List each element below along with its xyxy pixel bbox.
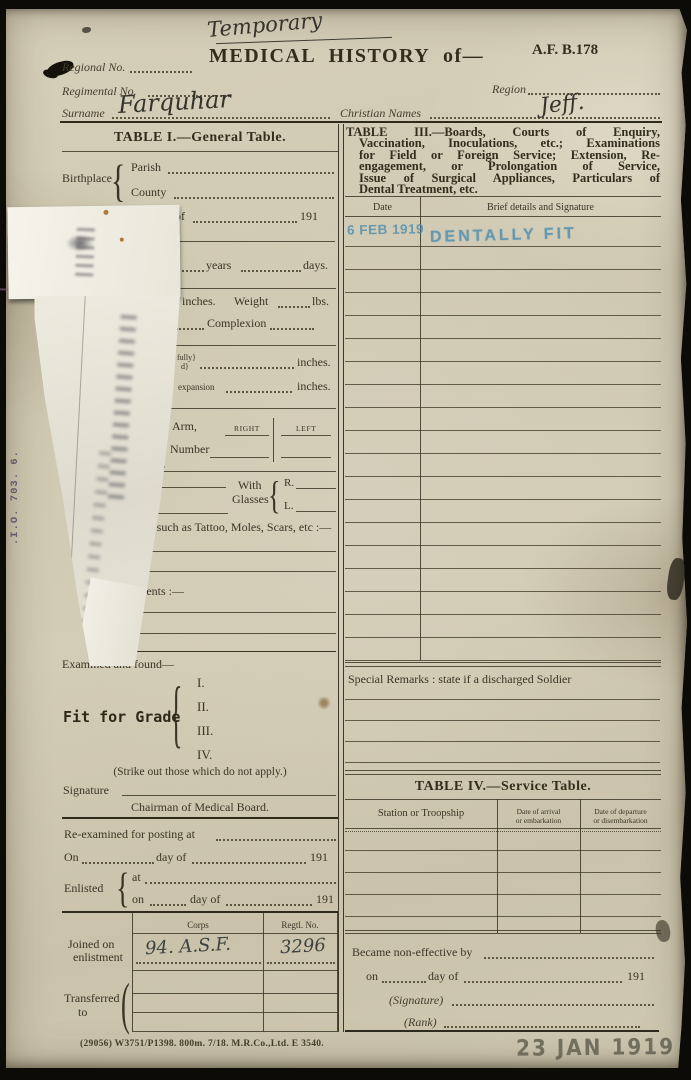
enlisted-on-label: on: [132, 893, 144, 906]
rank-label: (Rank): [404, 1015, 437, 1030]
rule-line: [167, 408, 336, 409]
signature-label: Signature: [63, 784, 109, 797]
transferred-to-label: to: [78, 1006, 87, 1019]
dotted-leader: [178, 270, 204, 272]
surname-label: Surname: [62, 106, 105, 121]
girth-inches-label: inches.: [297, 356, 331, 369]
table3-row-lines: [345, 224, 661, 662]
dotted-leader: [200, 367, 294, 369]
table-row-lines: [133, 975, 337, 1032]
enlisted-brace: {: [116, 866, 129, 914]
days-label: days.: [303, 259, 328, 272]
rule-line: [174, 345, 336, 346]
rule-line: [345, 930, 661, 931]
grade-option: III.: [197, 724, 213, 737]
glasses-l-label: L.: [284, 500, 293, 513]
section-rule: [62, 911, 338, 913]
inches-label: inches.: [182, 295, 216, 308]
region-label: Region: [492, 82, 526, 97]
rule-line: [62, 151, 338, 152]
glasses-r-label: R.: [284, 477, 294, 490]
dotted-leader: [484, 957, 654, 959]
joined-corps-value: 94. A.S.F.: [145, 934, 232, 959]
reexamined-label: Re-examined for posting at: [64, 828, 195, 841]
strike-out-note: (Strike out those which do not apply.): [62, 766, 338, 779]
christian-names-label: Christian Names: [340, 106, 421, 121]
county-label: County: [131, 186, 166, 199]
dotted-leader: [145, 882, 336, 884]
dotted-leader: [464, 981, 622, 983]
day-of-label: day of: [428, 970, 458, 983]
date-col-header: Date: [345, 201, 420, 214]
attached-paper-slip-top: [7, 205, 180, 299]
rule-line: [133, 970, 337, 971]
table1-title: TABLE I.—General Table.: [62, 130, 338, 146]
signature-label: (Signature): [389, 993, 443, 1008]
rule-line: [345, 666, 661, 667]
rule-line: [158, 471, 336, 472]
year-first: 191: [300, 210, 318, 223]
dotted-leader: [193, 221, 297, 223]
printer-imprint: (29056) W3751/P1398. 800m. 7/18. M.R.Co.…: [80, 1039, 324, 1049]
rust-speck: [120, 238, 124, 242]
dotted-leader: [216, 839, 336, 841]
dotted-leader: [278, 306, 310, 308]
departure-col-header: or disembarkation: [580, 814, 661, 827]
rule-line: [281, 457, 331, 458]
dotted-leader: [267, 962, 335, 964]
weight-label: Weight: [234, 295, 268, 308]
rule-line: [345, 799, 661, 800]
parish-label: Parish: [131, 161, 161, 174]
girth-fragment: d}: [181, 362, 189, 371]
enlisted-at-label: at: [132, 871, 141, 884]
rule-line: [133, 551, 336, 552]
dotted-leader: [226, 904, 312, 906]
day-of-label: day of: [156, 851, 186, 864]
rule-line: [345, 196, 661, 197]
rule-line: [345, 216, 661, 217]
rule-line: [128, 612, 336, 613]
joined-regtl-value: 3296: [279, 935, 326, 958]
ink-smudge: [66, 234, 94, 252]
table4-column-line: [580, 799, 581, 933]
glasses-brace: {: [268, 474, 280, 519]
years-label: years: [206, 259, 231, 272]
transferred-paren: (: [121, 972, 130, 1038]
page-title: MEDICAL HISTORY of—: [209, 45, 484, 68]
rule-line: [225, 435, 269, 436]
with-label: With: [238, 479, 262, 492]
transferred-to-label: Transferred: [64, 992, 120, 1005]
rule-line: [126, 633, 336, 634]
birthplace-label: Birthplace: [62, 172, 112, 185]
fit-for-grade-label: Fit for Grade: [63, 708, 180, 726]
dotted-leader: [176, 328, 204, 330]
regional-no-label: Regional No.: [62, 60, 125, 75]
rule-line: [345, 662, 661, 663]
rule-line: [281, 435, 331, 436]
grade-option: IV.: [197, 748, 212, 761]
scanned-medical-history-form: Temporary MEDICAL HISTORY of— A.F. B.178…: [0, 0, 691, 1080]
dotted-leader: [130, 71, 192, 73]
surname-value: Farquhar: [117, 85, 231, 119]
year-reexamined: 191: [310, 851, 328, 864]
dotted-leader: [382, 981, 426, 983]
girth-fragment: fully}: [177, 353, 196, 362]
rule-line: [345, 770, 661, 771]
typed-reference-stamp: .I.O. 703. 6.: [9, 415, 25, 545]
rule-line: [177, 288, 336, 289]
birthplace-brace: {: [111, 157, 125, 208]
year-enlisted: 191: [316, 893, 334, 906]
rule-line: [150, 513, 228, 514]
joined-on-label: enlistment: [73, 951, 123, 964]
lbs-label: lbs.: [312, 295, 329, 308]
noneffective-label: Became non-effective by: [352, 946, 472, 959]
rule-line: [177, 241, 335, 242]
chairman-label: Chairman of Medical Board.: [62, 801, 338, 814]
column-divider: [338, 124, 344, 1032]
arrival-col-header: or embarkation: [497, 814, 580, 827]
dotted-leader: [270, 328, 314, 330]
expansion-inches-label: inches.: [297, 380, 331, 393]
dotted-leader: [168, 172, 334, 174]
station-col-header: Station or Troopship: [345, 807, 497, 820]
ink-bleed-marks: [107, 314, 136, 507]
table3-title: TABLE III.—Boards, Courts of Enquiry, Va…: [346, 127, 660, 195]
rule-line: [345, 933, 661, 934]
enlisted-day-of-label: day of: [190, 893, 220, 906]
table-column-line: [337, 913, 338, 1032]
dotted-leader: [192, 862, 306, 864]
grade-option: II.: [197, 700, 209, 713]
table4-column-line: [497, 799, 498, 933]
right-column-heading: RIGHT: [234, 422, 260, 435]
rule-line: [133, 571, 336, 572]
on-label: on: [366, 970, 378, 983]
left-column-heading: LEFT: [296, 422, 316, 435]
form-number: A.F. B.178: [532, 42, 598, 59]
number-label: Number: [170, 443, 209, 456]
enlisted-label: Enlisted: [64, 882, 103, 895]
bottom-rule: [345, 1030, 659, 1032]
received-date-stamp: 23 JAN 1919: [516, 1033, 675, 1061]
dotted-leader: [226, 391, 292, 393]
complexion-label: Complexion: [207, 317, 266, 330]
details-col-header: Brief details and Signature: [420, 201, 661, 214]
rule-line: [296, 488, 336, 489]
dotted-leader: [452, 1004, 654, 1006]
table4-title: TABLE IV.—Service Table.: [345, 779, 661, 795]
dotted-leader: [82, 862, 154, 864]
dotted-leader: [150, 904, 186, 906]
section-rule: [62, 817, 338, 819]
header-rule: [60, 121, 662, 123]
expansion-fragment: expansion: [178, 381, 215, 394]
arm-label: Arm,: [172, 420, 197, 433]
corps-col-header: Corps: [133, 919, 263, 932]
cell-divider: [273, 418, 274, 462]
special-remarks-lines: [345, 679, 660, 765]
table3-title-line: Dental Treatment, etc.: [346, 184, 660, 195]
glasses-label: Glasses: [232, 493, 269, 506]
rule-line: [133, 933, 337, 934]
regtl-col-header: Regtl. No.: [263, 919, 337, 932]
on-label: On: [64, 851, 79, 864]
rust-speck: [103, 210, 108, 215]
year-label: 191: [627, 970, 645, 983]
christian-names-value: Jeff.: [539, 90, 586, 120]
dotted-leader: [241, 270, 301, 272]
rule-line: [345, 774, 661, 775]
rule-line: [210, 457, 269, 458]
table4-row-lines: [345, 829, 661, 919]
rule-line: [296, 511, 336, 512]
grade-option: I.: [197, 676, 205, 689]
rule-line: [122, 795, 336, 796]
dotted-leader: [444, 1026, 640, 1028]
dotted-leader: [136, 962, 261, 964]
rule-line: [122, 651, 336, 652]
dotted-leader: [174, 197, 334, 199]
